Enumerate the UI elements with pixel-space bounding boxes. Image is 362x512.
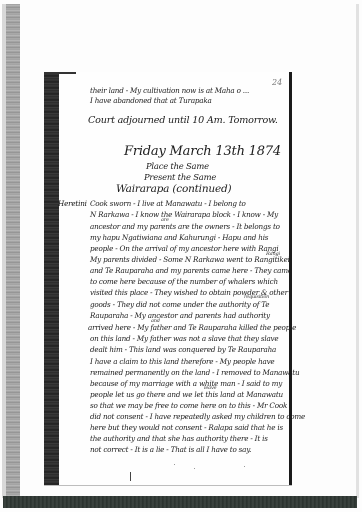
text-line: their land - My cultivation now is at Ma…: [90, 86, 249, 95]
text-line: people - On the arrival of my ancestor h…: [90, 244, 279, 253]
witness-margin-name: Heretini: [58, 199, 87, 208]
text-line: on this land - My father was not a slave…: [90, 334, 278, 343]
text-line: and Te Rauparaha and my parents came her…: [90, 266, 292, 275]
scan-binding-shadow: [6, 4, 20, 498]
text-line: Cook sworn - I live at Manawatu - I belo…: [90, 199, 246, 208]
case-title: Wairarapa (continued): [116, 183, 231, 195]
text-line: people let us go there and we let this l…: [90, 390, 283, 399]
text-line: N Rarkawa - I know the Wairarapa block -…: [90, 210, 278, 219]
text-line: my hapu Ngatiwiana and Kahurungi - Hapu …: [90, 233, 268, 242]
place-line: Place the Same: [146, 161, 209, 171]
scan-bottom-band: [3, 496, 357, 508]
court-adjourned-note: Court adjourned until 10 Am. Tomorrow.: [88, 115, 278, 126]
text-line: did not consent - I have repeatedly aske…: [90, 412, 305, 421]
scan-mark: [130, 472, 131, 481]
scan-right-edge: [356, 4, 359, 498]
text-line: remained permanently on the land - I rem…: [90, 368, 299, 377]
text-line: because of my marriage with a white man …: [90, 379, 282, 388]
document-page: 24 their land - My cultivation now is at…: [44, 72, 292, 486]
text-line: the authority and that she has authority…: [90, 434, 268, 443]
text-line: I have abandoned that at Turapaka: [90, 96, 212, 105]
scan-speck: [194, 468, 195, 469]
scan-speck: [244, 466, 245, 467]
text-line: dealt him - This land was conquered by T…: [90, 345, 276, 354]
text-line: to come here because of the number of wh…: [90, 277, 278, 286]
text-line: ancestor and my parents are the owners -…: [90, 222, 280, 231]
date-heading: Friday March 13th 1874: [124, 144, 281, 159]
present-line: Present the Same: [144, 172, 216, 182]
page-left-binding-band: [44, 72, 59, 485]
page-top-edge: [44, 72, 76, 74]
text-line: here but they would not consent - Ralapa…: [90, 423, 283, 432]
text-line: Rauparaha - My ancestor and parents had …: [90, 311, 270, 320]
text-line: arrived here - My father and Te Rauparah…: [88, 323, 296, 332]
text-line: so that we may be free to come here on t…: [90, 401, 287, 410]
page-right-border: [289, 72, 292, 485]
text-line: I have a claim to this land therefore - …: [90, 357, 275, 366]
text-line: not correct - It is a lie - That is all …: [90, 445, 251, 454]
text-line: goods - They did not come under the auth…: [90, 300, 269, 309]
scan-speck: [174, 464, 175, 465]
text-line: My parents divided - Some N Rarkawa went…: [90, 255, 290, 264]
page-number: 24: [272, 78, 282, 87]
